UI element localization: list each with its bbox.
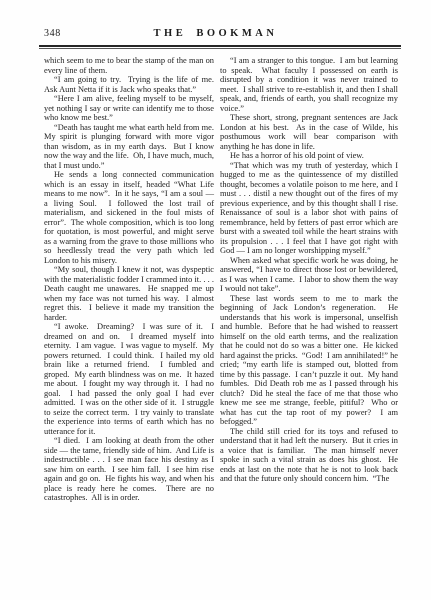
paragraph: “That which was my truth of yesterday, w… [220, 161, 398, 256]
header-rule-thick-line [39, 45, 401, 47]
paragraph: These last words seem to me to mark the … [220, 294, 398, 427]
paragraph: He sends a long connected communication … [44, 170, 214, 265]
book-page: 348 THE BOOKMAN which seem to me to bear… [0, 0, 431, 600]
paragraph: which seem to me to bear the stamp of th… [44, 56, 214, 75]
paragraph: “I am a stranger to this tongue. I am bu… [220, 56, 398, 113]
paragraph: “I am going to try. Trying is the life o… [44, 75, 214, 94]
paragraph: The child still cried for its toys and r… [220, 427, 398, 484]
header-rule-thin-line [39, 48, 401, 49]
left-column: which seem to me to bear the stamp of th… [44, 56, 214, 503]
paragraph: “I died. I am looking at death from the … [44, 436, 214, 503]
paragraph: When asked what specific work he was doi… [220, 256, 398, 294]
paragraph: These short, strong, pregnant sentences … [220, 113, 398, 151]
journal-title: THE BOOKMAN [0, 28, 431, 39]
header-rule [39, 45, 401, 49]
paragraph: “I awoke. Dreaming? I was sure of it. I … [44, 322, 214, 436]
text-columns: which seem to me to bear the stamp of th… [44, 56, 398, 503]
paragraph: “My soul, though I knew it not, was dysp… [44, 265, 214, 322]
right-column: “I am a stranger to this tongue. I am bu… [220, 56, 398, 503]
paragraph: “Death has taught me what earth held fro… [44, 123, 214, 171]
paragraph: “Here I am alive, feeling myself to be m… [44, 94, 214, 123]
paragraph: He has a horror of his old point of view… [220, 151, 398, 161]
